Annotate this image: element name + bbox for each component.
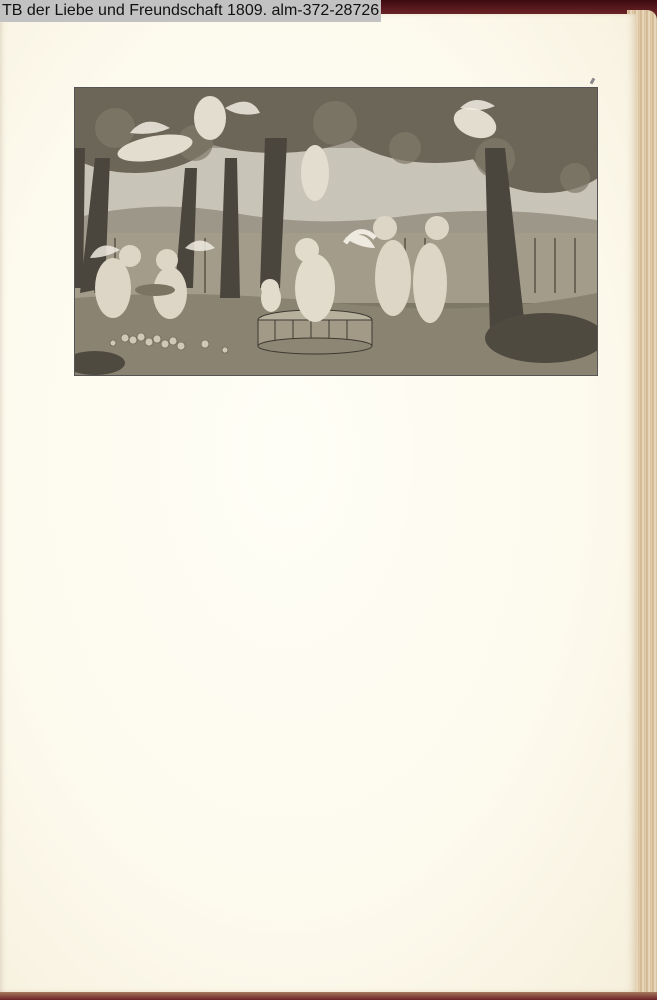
putti-harvest-scene [75,88,597,375]
image-caption-title: TB der Liebe und Freundschaft 1809. alm-… [0,0,381,22]
engraving-illustration [74,87,598,376]
book-binding-bottom [0,992,657,1000]
